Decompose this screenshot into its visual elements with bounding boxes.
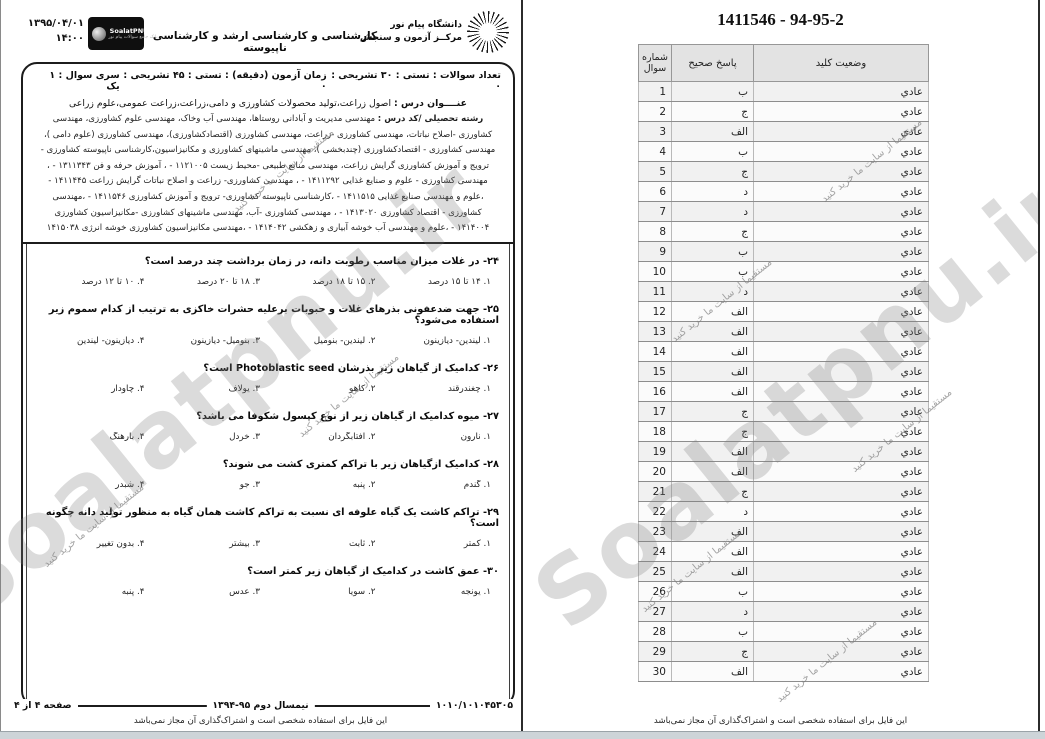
answer-option: ۴. بارهنگ	[37, 432, 153, 442]
personal-use-notice-right: این فایل برای استفاده شخصی است و اشتراک‌…	[523, 716, 1038, 726]
cell-question-number: 2	[639, 102, 672, 122]
answer-option: ۱. لیندین- دیازینون	[384, 336, 500, 346]
cell-question-number: 10	[639, 262, 672, 282]
answer-row: 8جعادي	[639, 222, 929, 242]
header-key-status: وضعیت کلید	[754, 45, 929, 82]
answer-option: ۳. بیشتر	[153, 539, 269, 549]
question-block: ۲۴- در غلات میزان مناسب رطوبت دانه، در ز…	[37, 256, 499, 287]
major-codes-paragraph: رشته تحصیلی /کد درس : مهندسی مدیریت و آب…	[23, 109, 513, 237]
question-options: ۱. ۱۴ تا ۱۵ درصد۲. ۱۵ تا ۱۸ درصد۳. ۱۸ تا…	[37, 277, 499, 287]
exam-time: ۱۴:۰۰	[20, 31, 84, 46]
answer-option: ۴. پنبه	[37, 587, 153, 597]
cell-question-number: 12	[639, 302, 672, 322]
answer-option: ۳. خردل	[153, 432, 269, 442]
cell-key-status: عادي	[754, 562, 929, 582]
cell-key-status: عادي	[754, 262, 929, 282]
header-question-number: شماره سوال	[639, 45, 672, 82]
pnu-starburst-logo-icon	[467, 11, 509, 53]
cell-key-status: عادي	[754, 322, 929, 342]
answer-table-body: 1بعادي2جعادي3الفعادي4بعادي5جعادي6دعادي7د…	[639, 82, 929, 682]
question-text: ۲۶- کدامیک از گیاهان زیر بذرشان Photobla…	[37, 363, 499, 374]
exam-level-title: کارشناسی و کارشناسی ارشد و کارشناسی ناپی…	[148, 30, 382, 54]
answer-key-table: شماره سوال پاسخ صحیح وضعیت کلید 1بعادي2ج…	[638, 44, 929, 682]
cell-key-status: عادي	[754, 402, 929, 422]
footer-semester: نیمسال دوم ۹۵-۱۳۹۴	[206, 699, 314, 713]
question-block: ۲۵- جهت ضدعفونی بذرهای غلات و حبوبات برع…	[37, 304, 499, 346]
exam-duration: زمان آزمون (دقیقه) : تستی : ۴۵ تشریحی : …	[120, 70, 327, 92]
answer-option: ۲. پنبه	[268, 480, 384, 490]
answer-option: ۱. یونجه	[384, 587, 500, 597]
course-label: عنــــوان درس :	[394, 98, 467, 109]
cell-correct-answer: الف	[672, 522, 754, 542]
answer-option: ۲. لیندین- بنومیل	[268, 336, 384, 346]
cell-key-status: عادي	[754, 342, 929, 362]
cell-key-status: عادي	[754, 502, 929, 522]
cell-correct-answer: الف	[672, 662, 754, 682]
cell-correct-answer: الف	[672, 562, 754, 582]
cell-key-status: عادي	[754, 282, 929, 302]
header-correct-answer: پاسخ صحیح	[672, 45, 754, 82]
cell-correct-answer: د	[672, 182, 754, 202]
question-options: ۱. نارون۲. آفتابگردان۳. خردل۴. بارهنگ	[37, 432, 499, 442]
answer-option: ۴. ۱۰ تا ۱۲ درصد	[37, 277, 153, 287]
cell-correct-answer: ب	[672, 622, 754, 642]
answer-row: 26بعادي	[639, 582, 929, 602]
cell-key-status: عادي	[754, 482, 929, 502]
question-block: ۲۹- تراکم کاشت یک گیاه علوفه ای نسبت به …	[37, 507, 499, 549]
cell-correct-answer: ب	[672, 582, 754, 602]
answer-row: 3الفعادي	[639, 122, 929, 142]
answer-option: ۱. نارون	[384, 432, 500, 442]
cell-question-number: 27	[639, 602, 672, 622]
answer-key-page: 1411546 - 94-95-2 شماره سوال پاسخ صحیح و…	[523, 0, 1038, 731]
cell-question-number: 30	[639, 662, 672, 682]
cell-correct-answer: ج	[672, 402, 754, 422]
cell-key-status: عادي	[754, 162, 929, 182]
cell-question-number: 22	[639, 502, 672, 522]
answer-row: 7دعادي	[639, 202, 929, 222]
cell-key-status: عادي	[754, 202, 929, 222]
cell-correct-answer: الف	[672, 382, 754, 402]
cell-question-number: 15	[639, 362, 672, 382]
cell-correct-answer: ج	[672, 482, 754, 502]
cell-key-status: عادي	[754, 122, 929, 142]
question-text: ۳۰- عمق کاشت در کدامیک از گیاهان زیر کمت…	[37, 566, 499, 577]
cell-correct-answer: ج	[672, 422, 754, 442]
questions-list: ۲۴- در غلات میزان مناسب رطوبت دانه، در ز…	[26, 244, 510, 707]
question-text: ۲۵- جهت ضدعفونی بذرهای غلات و حبوبات برع…	[37, 304, 499, 326]
question-options: ۱. لیندین- دیازینون۲. لیندین- بنومیل۳. ب…	[37, 336, 499, 346]
cell-question-number: 13	[639, 322, 672, 342]
cell-key-status: عادي	[754, 222, 929, 242]
pnu-header: دانشگاه پیام نور مرکــز آزمون و سنجش	[360, 11, 509, 53]
cell-correct-answer: ب	[672, 262, 754, 282]
footer-exam-code: ۱۰۱۰/۱۰۱۰۴۵۳۰۵	[430, 699, 519, 713]
answer-option: ۲. کاهو	[268, 384, 384, 394]
cell-key-status: عادي	[754, 522, 929, 542]
answer-row: 22دعادي	[639, 502, 929, 522]
answer-option: ۲. ۱۵ تا ۱۸ درصد	[268, 277, 384, 287]
exam-date: ۱۳۹۵/۰۴/۰۱	[20, 16, 84, 31]
page-left-edge	[0, 0, 1, 731]
cell-correct-answer: د	[672, 202, 754, 222]
cell-correct-answer: الف	[672, 302, 754, 322]
cell-correct-answer: ب	[672, 82, 754, 102]
page-divider-line	[521, 0, 523, 731]
cell-correct-answer: الف	[672, 342, 754, 362]
cell-correct-answer: د	[672, 282, 754, 302]
answer-row: 21جعادي	[639, 482, 929, 502]
cell-correct-answer: د	[672, 602, 754, 622]
answer-key-title: 1411546 - 94-95-2	[523, 10, 1038, 30]
cell-key-status: عادي	[754, 662, 929, 682]
exam-sheet-frame: تعداد سوالات : تستی : ۳۰ تشریحی : ۰ زمان…	[21, 62, 515, 707]
viewer-bottom-strip	[0, 731, 1045, 739]
cell-correct-answer: ج	[672, 162, 754, 182]
answer-option: ۴. شبدر	[37, 480, 153, 490]
cell-correct-answer: الف	[672, 322, 754, 342]
cell-key-status: عادي	[754, 102, 929, 122]
assessment-center-name: مرکــز آزمون و سنجش	[360, 32, 462, 45]
answer-row: 18جعادي	[639, 422, 929, 442]
answer-row: 20الفعادي	[639, 462, 929, 482]
cell-question-number: 3	[639, 122, 672, 142]
exam-question-page: ۱۳۹۵/۰۴/۰۱ ۱۴:۰۰ SoalatPNU.ir بانک جامع …	[0, 0, 521, 731]
major-text: مهندسی مدیریت و آبادانی روستاها، مهندسی …	[41, 114, 496, 233]
answer-row: 5جعادي	[639, 162, 929, 182]
cell-key-status: عادي	[754, 442, 929, 462]
cell-key-status: عادي	[754, 462, 929, 482]
answer-row: 30الفعادي	[639, 662, 929, 682]
question-block: ۲۶- کدامیک از گیاهان زیر بذرشان Photobla…	[37, 363, 499, 394]
course-title-line: عنــــوان درس : اصول زراعت،تولید محصولات…	[23, 98, 513, 109]
cell-question-number: 9	[639, 242, 672, 262]
cell-correct-answer: ب	[672, 142, 754, 162]
answer-row: 10بعادي	[639, 262, 929, 282]
answer-option: ۲. آفتابگردان	[268, 432, 384, 442]
cell-question-number: 17	[639, 402, 672, 422]
cell-key-status: عادي	[754, 542, 929, 562]
answer-row: 17جعادي	[639, 402, 929, 422]
exam-datetime: ۱۳۹۵/۰۴/۰۱ ۱۴:۰۰	[20, 16, 84, 46]
footer-page-number: صفحه ۴ از ۴	[8, 699, 78, 713]
cell-question-number: 6	[639, 182, 672, 202]
questions-count: تعداد سوالات : تستی : ۳۰ تشریحی : ۰	[327, 70, 501, 92]
answer-option: ۲. سویا	[268, 587, 384, 597]
cell-correct-answer: الف	[672, 442, 754, 462]
cell-question-number: 4	[639, 142, 672, 162]
answer-option: ۳. عدس	[153, 587, 269, 597]
answer-option: ۳. ۱۸ تا ۲۰ درصد	[153, 277, 269, 287]
cell-key-status: عادي	[754, 582, 929, 602]
answer-row: 6دعادي	[639, 182, 929, 202]
cell-correct-answer: الف	[672, 362, 754, 382]
answer-row: 4بعادي	[639, 142, 929, 162]
answer-option: ۳. جو	[153, 480, 269, 490]
answer-row: 9بعادي	[639, 242, 929, 262]
globe-icon	[92, 27, 106, 41]
personal-use-notice-left: این فایل برای استفاده شخصی است و اشتراک‌…	[0, 716, 521, 726]
cell-question-number: 5	[639, 162, 672, 182]
cell-question-number: 16	[639, 382, 672, 402]
question-text: ۲۸- کدامیک ازگیاهان زیر با تراکم کمتری ک…	[37, 459, 499, 470]
question-options: ۱. یونجه۲. سویا۳. عدس۴. پنبه	[37, 587, 499, 597]
cell-question-number: 14	[639, 342, 672, 362]
cell-question-number: 7	[639, 202, 672, 222]
exam-footer: ۱۰۱۰/۱۰۱۰۴۵۳۰۵ نیمسال دوم ۹۵-۱۳۹۴ صفحه ۴…	[0, 699, 521, 713]
cell-correct-answer: الف	[672, 462, 754, 482]
cell-key-status: عادي	[754, 642, 929, 662]
cell-question-number: 25	[639, 562, 672, 582]
question-options: ۱. گندم۲. پنبه۳. جو۴. شبدر	[37, 480, 499, 490]
cell-key-status: عادي	[754, 302, 929, 322]
question-options: ۱. کمتر۲. ثابت۳. بیشتر۴. بدون تغییر	[37, 539, 499, 549]
exam-info-row: تعداد سوالات : تستی : ۳۰ تشریحی : ۰ زمان…	[23, 64, 513, 92]
cell-question-number: 26	[639, 582, 672, 602]
answer-row: 1بعادي	[639, 82, 929, 102]
answer-row: 11دعادي	[639, 282, 929, 302]
answer-row: 14الفعادي	[639, 342, 929, 362]
answer-row: 27دعادي	[639, 602, 929, 622]
answer-row: 23الفعادي	[639, 522, 929, 542]
cell-question-number: 19	[639, 442, 672, 462]
cell-key-status: عادي	[754, 622, 929, 642]
cell-question-number: 18	[639, 422, 672, 442]
cell-correct-answer: ج	[672, 222, 754, 242]
cell-correct-answer: ج	[672, 102, 754, 122]
cell-question-number: 1	[639, 82, 672, 102]
cell-question-number: 28	[639, 622, 672, 642]
answer-option: ۲. ثابت	[268, 539, 384, 549]
question-text: ۲۷- میوه کدامیک از گیاهان زیر از نوع کپس…	[37, 411, 499, 422]
cell-question-number: 24	[639, 542, 672, 562]
scanned-exam-document: ۱۳۹۵/۰۴/۰۱ ۱۴:۰۰ SoalatPNU.ir بانک جامع …	[0, 0, 1045, 739]
answer-option: ۱. چغندرقند	[384, 384, 500, 394]
cell-question-number: 20	[639, 462, 672, 482]
cell-key-status: عادي	[754, 242, 929, 262]
answer-option: ۳. یولاف	[153, 384, 269, 394]
answer-row: 13الفعادي	[639, 322, 929, 342]
cell-question-number: 23	[639, 522, 672, 542]
cell-correct-answer: د	[672, 502, 754, 522]
major-label: رشته تحصیلی /کد درس :	[378, 114, 483, 124]
cell-question-number: 11	[639, 282, 672, 302]
answer-option: ۴. بدون تغییر	[37, 539, 153, 549]
cell-key-status: عادي	[754, 82, 929, 102]
cell-correct-answer: الف	[672, 122, 754, 142]
cell-key-status: عادي	[754, 362, 929, 382]
cell-key-status: عادي	[754, 182, 929, 202]
answer-table-header-row: شماره سوال پاسخ صحیح وضعیت کلید	[639, 45, 929, 82]
cell-correct-answer: الف	[672, 542, 754, 562]
answer-row: 25الفعادي	[639, 562, 929, 582]
cell-question-number: 29	[639, 642, 672, 662]
answer-row: 19الفعادي	[639, 442, 929, 462]
answer-row: 12الفعادي	[639, 302, 929, 322]
answer-option: ۱. کمتر	[384, 539, 500, 549]
question-text: ۲۴- در غلات میزان مناسب رطوبت دانه، در ز…	[37, 256, 499, 267]
answer-row: 29جعادي	[639, 642, 929, 662]
question-block: ۲۸- کدامیک ازگیاهان زیر با تراکم کمتری ک…	[37, 459, 499, 490]
question-text: ۲۹- تراکم کاشت یک گیاه علوفه ای نسبت به …	[37, 507, 499, 529]
page-right-edge	[1038, 0, 1040, 731]
soalatpnu-logo: SoalatPNU.ir بانک جامع سوالات پیام نور	[88, 17, 144, 50]
cell-correct-answer: ج	[672, 642, 754, 662]
question-block: ۳۰- عمق کاشت در کدامیک از گیاهان زیر کمت…	[37, 566, 499, 597]
cell-key-status: عادي	[754, 382, 929, 402]
cell-correct-answer: ب	[672, 242, 754, 262]
cell-question-number: 8	[639, 222, 672, 242]
university-name: دانشگاه پیام نور	[360, 19, 462, 32]
answer-option: ۳. بنومیل- دیازینون	[153, 336, 269, 346]
question-block: ۲۷- میوه کدامیک از گیاهان زیر از نوع کپس…	[37, 411, 499, 442]
answer-row: 24الفعادي	[639, 542, 929, 562]
answer-row: 15الفعادي	[639, 362, 929, 382]
cell-key-status: عادي	[754, 142, 929, 162]
question-options: ۱. چغندرقند۲. کاهو۳. یولاف۴. چاودار	[37, 384, 499, 394]
answer-row: 16الفعادي	[639, 382, 929, 402]
exam-series: سری سوال : ۱ یک	[35, 70, 120, 92]
cell-key-status: عادي	[754, 602, 929, 622]
answer-row: 28بعادي	[639, 622, 929, 642]
course-title: اصول زراعت،تولید محصولات کشاورزی و دامی،…	[69, 98, 391, 109]
answer-option: ۴. چاودار	[37, 384, 153, 394]
answer-option: ۱. گندم	[384, 480, 500, 490]
answer-row: 2جعادي	[639, 102, 929, 122]
answer-option: ۱. ۱۴ تا ۱۵ درصد	[384, 277, 500, 287]
cell-question-number: 21	[639, 482, 672, 502]
answer-option: ۴. دیازینون- لیندین	[37, 336, 153, 346]
cell-key-status: عادي	[754, 422, 929, 442]
